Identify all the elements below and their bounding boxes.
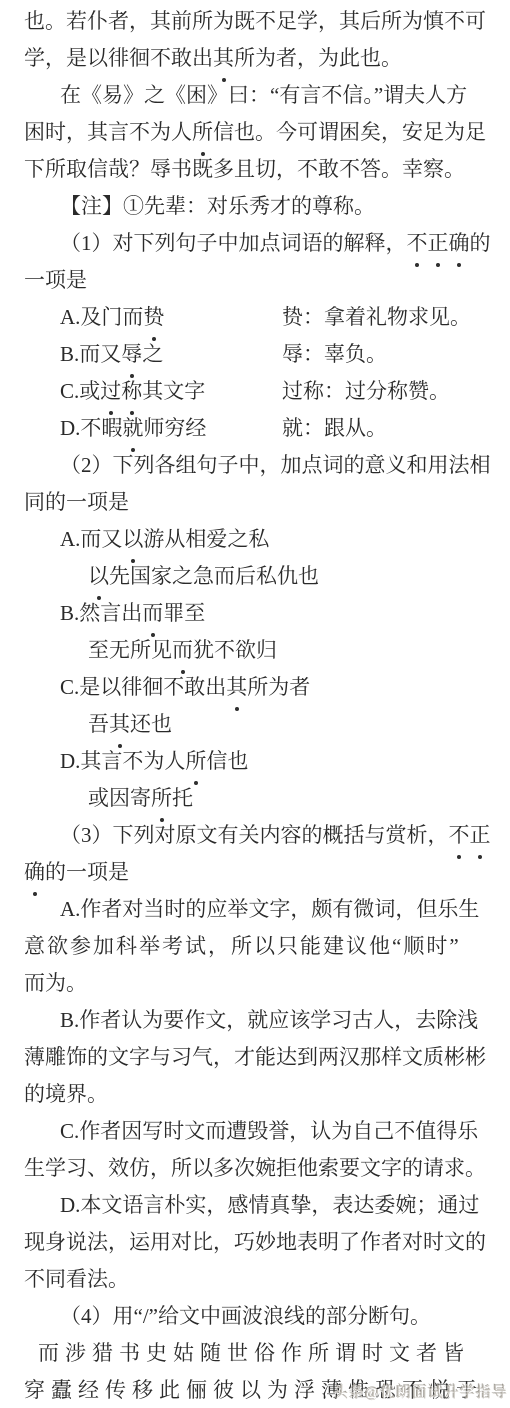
line-text: 也。若仆者，其前所为既不足学，其后所为慎不可 xyxy=(24,9,486,33)
text-line: 至无所见而犹不欲归 xyxy=(24,632,492,669)
emphasized-char: 所 xyxy=(151,780,172,817)
line-text: C.是以徘徊不敢出其所为者 xyxy=(60,675,310,699)
emphasized-char: 不 xyxy=(407,225,428,262)
text-line: 不同看法。 xyxy=(24,1261,492,1298)
line-text: 生学习、效仿，所以多次婉拒他索要文字的请求。 xyxy=(24,1156,486,1180)
line-text: B.而又辱之 xyxy=(60,342,163,366)
option-gloss: 辱：辜负。 xyxy=(282,336,387,373)
text-line: A.及门而贽贽：拿着礼物求见。 xyxy=(24,299,492,336)
text-line: D.本文语言朴实，感情真挚，表达委婉；通过 xyxy=(24,1187,492,1224)
text-line: 同的一项是 xyxy=(24,484,492,521)
text-line: 在《易》之《困》曰：“有言不信。”谓夫人方 xyxy=(24,77,492,114)
text-line: 困时，其言不为人所信也。今可谓困矣，安足为足 xyxy=(24,114,492,151)
line-text: 意欲参加科举考试，所以只能建议他“顺时” xyxy=(24,934,461,958)
line-text: 下所取信哉？辱书既多且切，不敢不答。幸察。 xyxy=(24,157,465,181)
line-text: 或因寄所托 xyxy=(88,786,193,810)
text-line: D.不暇就师穷经就：跟从。 xyxy=(24,410,492,447)
emphasized-char: 不 xyxy=(449,817,470,854)
text-line: （2）下列各组句子中，加点词的意义和用法相 xyxy=(24,447,492,484)
passage-paragraph-2: 在《易》之《困》曰：“有言不信。”谓夫人方困时，其言不为人所信也。今可谓困矣，安… xyxy=(24,77,492,188)
text-line: 薄雕饰的文字与习气，才能达到两汉那样文质彬彬 xyxy=(24,1039,492,1076)
emphasized-char: 正 xyxy=(428,225,449,262)
line-text: 以先国家之急而后私仇也 xyxy=(88,564,319,588)
line-text: 学，是以徘徊不敢出其所为者，为此也。 xyxy=(24,46,402,70)
line-text: 而涉猎书史姑随世俗作所谓时文者皆 xyxy=(38,1341,470,1365)
line-text: A.及门而贽 xyxy=(60,305,164,329)
line-text: 吾其还也 xyxy=(88,712,172,736)
line-text: C.作者因写时文而遭毁誉，认为自己不值得乐 xyxy=(60,1119,478,1143)
question-2-options: A.而又以游从相爱之私以先国家之急而后私仇也B.然言出而罪至至无所见而犹不欲归C… xyxy=(24,521,492,817)
line-text: 同的一项是 xyxy=(24,490,129,514)
text-line: 而为。 xyxy=(24,965,492,1002)
text-line: （3）下列对原文有关内容的概括与赏析，不正 xyxy=(24,817,492,854)
option-gloss: 贽：拿着礼物求见。 xyxy=(282,299,471,336)
option-gloss: 过称：过分称赞。 xyxy=(282,373,450,410)
line-text: 现身说法，运用对比，巧妙地表明了作者对时文的 xyxy=(24,1230,486,1254)
emphasized-char: 贽 xyxy=(143,299,164,336)
line-text: A.作者对当时的应举文字，颇有微词，但乐生 xyxy=(60,897,479,921)
text-line: B.而又辱之辱：辜负。 xyxy=(24,336,492,373)
document-content: 也。若仆者，其前所为既不足学，其后所为慎不可学，是以徘徊不敢出其所为者，为此也。… xyxy=(0,0,510,1408)
text-line: 一项是 xyxy=(24,262,492,299)
text-line: C.作者因写时文而遭毁誉，认为自己不值得乐 xyxy=(24,1113,492,1150)
emphasized-char: 辱 xyxy=(121,336,142,373)
line-text: 在《易》之《困》曰：“有言不信。”谓夫人方 xyxy=(60,83,467,107)
line-text: B.作者认为要作文，就应该学习古人，去除浅 xyxy=(60,1008,478,1032)
line-text: A.而又以游从相爱之私 xyxy=(60,527,269,551)
emphasized-char: 其 xyxy=(226,669,247,706)
line-text: 困时，其言不为人所信也。今可谓困矣，安足为足 xyxy=(24,120,486,144)
line-text: D.不暇就师穷经 xyxy=(60,416,206,440)
emphasized-char: 以 xyxy=(122,521,143,558)
text-line: 【注】①先辈：对乐秀才的尊称。 xyxy=(24,188,492,225)
question-1-stem: （1）对下列句子中加点词语的解释，不正确的一项是 xyxy=(24,225,492,299)
emphasized-char: 而 xyxy=(172,632,193,669)
line-text: 的境界。 xyxy=(24,1082,108,1106)
text-line: 生学习、效仿，所以多次婉拒他索要文字的请求。 xyxy=(24,1150,492,1187)
text-line: 确的一项是 xyxy=(24,854,492,891)
text-line: B.作者认为要作文，就应该学习古人，去除浅 xyxy=(24,1002,492,1039)
text-line: 的境界。 xyxy=(24,1076,492,1113)
line-text: 不同看法。 xyxy=(24,1267,129,1291)
text-line: （1）对下列句子中加点词语的解释，不正确的 xyxy=(24,225,492,262)
emphasized-char: 而 xyxy=(142,595,163,632)
line-text: D.其言不为人所信也 xyxy=(60,749,248,773)
emphasized-char: 其 xyxy=(213,40,234,77)
line-text: 确的一项是 xyxy=(24,860,129,884)
emphasized-char: 就 xyxy=(122,410,143,447)
passage-paragraph-1: 也。若仆者，其前所为既不足学，其后所为慎不可学，是以徘徊不敢出其所为者，为此也。 xyxy=(24,3,492,77)
text-line: B.然言出而罪至 xyxy=(24,595,492,632)
option-gloss: 就：跟从。 xyxy=(282,410,387,447)
note: 【注】①先辈：对乐秀才的尊称。 xyxy=(24,188,492,225)
text-line: D.其言不为人所信也 xyxy=(24,743,492,780)
text-line: 吾其还也 xyxy=(24,706,492,743)
text-line: 也。若仆者，其前所为既不足学，其后所为慎不可 xyxy=(24,3,492,40)
emphasized-char: 所 xyxy=(185,743,206,780)
text-line: 现身说法，运用对比，巧妙地表明了作者对时文的 xyxy=(24,1224,492,1261)
emphasized-char: 其 xyxy=(109,706,130,743)
line-text: 薄雕饰的文字与习气，才能达到两汉那样文质彬彬 xyxy=(24,1045,486,1069)
text-line: A.而又以游从相爱之私 xyxy=(24,521,492,558)
emphasized-char: 所 xyxy=(192,114,213,151)
text-line: （4）用“/”给文中画波浪线的部分断句。 xyxy=(24,1298,492,1335)
line-text: （3）下列对原文有关内容的概括与赏析，不正 xyxy=(60,823,491,847)
document-page: 也。若仆者，其前所为既不足学，其后所为慎不可学，是以徘徊不敢出其所为者，为此也。… xyxy=(0,0,510,1408)
line-text: 至无所见而犹不欲归 xyxy=(88,638,277,662)
line-text: B.然言出而罪至 xyxy=(60,601,205,625)
text-line: 而涉猎书史姑随世俗作所谓时文者皆 xyxy=(24,1335,492,1372)
text-line: 学，是以徘徊不敢出其所为者，为此也。 xyxy=(24,40,492,77)
emphasized-char: 确 xyxy=(449,225,470,262)
text-line: 以先国家之急而后私仇也 xyxy=(24,558,492,595)
watermark: 头条@优朗面试升学指导 xyxy=(333,1381,508,1402)
question-1-options: A.及门而贽贽：拿着礼物求见。B.而又辱之辱：辜负。C.或过称其文字过称：过分称… xyxy=(24,299,492,447)
emphasized-char: 称 xyxy=(121,373,142,410)
text-line: C.或过称其文字过称：过分称赞。 xyxy=(24,373,492,410)
line-text: 【注】①先辈：对乐秀才的尊称。 xyxy=(60,194,375,218)
text-line: A.作者对当时的应举文字，颇有微词，但乐生 xyxy=(24,891,492,928)
line-text: （1）对下列句子中加点词语的解释，不正确的 xyxy=(60,231,491,255)
line-text: （2）下列各组句子中，加点词的意义和用法相 xyxy=(60,453,491,477)
line-text: 一项是 xyxy=(24,268,87,292)
line-text: 而为。 xyxy=(24,971,87,995)
line-text: C.或过称其文字 xyxy=(60,379,205,403)
emphasized-char: 正 xyxy=(470,817,491,854)
line-text: （4）用“/”给文中画波浪线的部分断句。 xyxy=(60,1304,431,1328)
text-line: C.是以徘徊不敢出其所为者 xyxy=(24,669,492,706)
text-line: 意欲参加科举考试，所以只能建议他“顺时” xyxy=(24,928,492,965)
question-3-stem: （3）下列对原文有关内容的概括与赏析，不正确的一项是 xyxy=(24,817,492,891)
text-line: 下所取信哉？辱书既多且切，不敢不答。幸察。 xyxy=(24,151,492,188)
emphasized-char: 确 xyxy=(24,854,45,891)
emphasized-char: 以 xyxy=(88,558,109,595)
question-2-stem: （2）下列各组句子中，加点词的意义和用法相同的一项是 xyxy=(24,447,492,521)
question-4-stem: （4）用“/”给文中画波浪线的部分断句。 xyxy=(24,1298,492,1335)
line-text: D.本文语言朴实，感情真挚，表达委婉；通过 xyxy=(60,1193,479,1217)
emphasized-char: 过 xyxy=(100,373,121,410)
text-line: 或因寄所托 xyxy=(24,780,492,817)
question-3-options: A.作者对当时的应举文字，颇有微词，但乐生意欲参加科举考试，所以只能建议他“顺时… xyxy=(24,891,492,1298)
